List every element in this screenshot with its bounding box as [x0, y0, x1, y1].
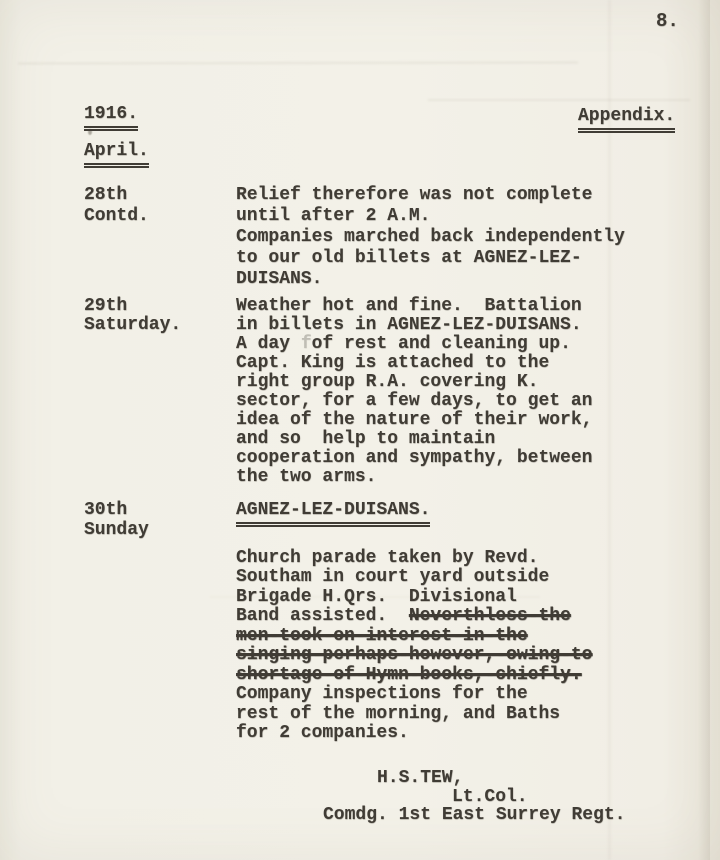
paragraph-gap	[236, 527, 592, 549]
text-segment: DUISANS.	[236, 269, 322, 289]
entry-text-line: singing-perhaps-however,-owing-to	[236, 646, 592, 666]
entry-text-line: Companies marched back independently	[236, 227, 625, 248]
text-segment: Relief therefore was not complete	[236, 185, 592, 205]
appendix-heading-text: Appendix.	[578, 107, 675, 133]
text-segment: until after 2 A.M.	[236, 206, 430, 226]
year-heading: 1916.	[84, 104, 138, 131]
entry-text-line: until after 2 A.M.	[236, 206, 625, 227]
entry-date-line: 28th	[84, 185, 236, 206]
entry-date-column: 30thSunday	[84, 501, 236, 540]
entry-text-line: right group R.A. covering K.	[236, 373, 592, 392]
entry-text-line: the two arms.	[236, 468, 592, 487]
text-segment: right group R.A. covering K.	[236, 372, 538, 392]
text-segment: Company inspections for the	[236, 684, 528, 704]
ghost-typo-character: f	[301, 334, 312, 354]
signature-title: Comdg. 1st East Surrey Regt.	[323, 805, 625, 825]
text-segment: Capt. King is attached to the	[236, 353, 549, 373]
entry-text-line: Relief therefore was not complete	[236, 185, 625, 206]
entry-text-line: Southam in court yard outside	[236, 568, 592, 588]
text-segment: sector, for a few days, to get an	[236, 391, 592, 411]
entry-date-column: 29thSaturday.	[84, 297, 236, 335]
struck-through-text: men-took-on-interest-in-the	[236, 626, 528, 646]
entry-date-line: 29th	[84, 297, 236, 316]
signature-rank: Lt.Col.	[452, 787, 528, 807]
entry-text-line: to our old billets at AGNEZ-LEZ-	[236, 248, 625, 269]
text-segment: Weather hot and fine. Battalion	[236, 296, 582, 316]
entry-text-line: Weather hot and fine. Battalion	[236, 297, 592, 316]
text-segment: and so help to maintain	[236, 429, 495, 449]
year-heading-text: 1916.	[84, 105, 138, 131]
text-segment: cooperation and sympathy, between	[236, 448, 592, 468]
entry-body-column: Relief therefore was not completeuntil a…	[236, 185, 625, 290]
entry-text-line: men-took-on-interest-in-the	[236, 627, 592, 647]
month-heading: April.	[84, 141, 149, 168]
scan-streak	[18, 62, 578, 65]
paper-edge-shadow	[698, 0, 710, 860]
entry-text-line: cooperation and sympathy, between	[236, 449, 592, 468]
text-segment: idea of the nature of their work,	[236, 410, 592, 430]
text-segment: Southam in court yard outside	[236, 567, 549, 587]
diary-entry-28th: 28thContd.Relief therefore was not compl…	[84, 185, 625, 290]
entry-text-line: Brigade H.Qrs. Divisional	[236, 588, 592, 608]
entry-body-column: Weather hot and fine. Battalionin billet…	[236, 297, 592, 487]
entry-date-line: Saturday.	[84, 316, 236, 335]
entry-date-line: Contd.	[84, 206, 236, 227]
appendix-heading: Appendix.	[578, 106, 675, 133]
entry-text-line: for 2 companies.	[236, 724, 592, 744]
entry-place-heading: AGNEZ-LEZ-DUISANS.	[236, 501, 430, 527]
entry-date-line: 30th	[84, 501, 236, 521]
text-segment: for 2 companies.	[236, 723, 409, 743]
struck-through-text: Neverthless-the	[409, 606, 571, 626]
entry-text-line: DUISANS.	[236, 269, 625, 290]
text-segment: rest of the morning, and Baths	[236, 704, 560, 724]
text-segment: the two arms.	[236, 467, 376, 487]
entry-text-line: shortage-of-Hymn-books,-chiefly.	[236, 666, 592, 686]
text-segment: Brigade H.Qrs. Divisional	[236, 587, 517, 607]
entry-text-line: and so help to maintain	[236, 430, 592, 449]
entry-text-line: rest of the morning, and Baths	[236, 705, 592, 725]
month-heading-text: April.	[84, 142, 149, 168]
diary-entry-29th: 29thSaturday.Weather hot and fine. Batta…	[84, 297, 592, 487]
diary-entry-30th: 30thSundayAGNEZ-LEZ-DUISANS.Church parad…	[84, 501, 592, 744]
text-segment: in billets in AGNEZ-LEZ-DUISANS.	[236, 315, 582, 335]
signature-name: H.S.TEW,	[377, 768, 463, 788]
entry-text-line: Band assisted. Neverthless-the	[236, 607, 592, 627]
entry-text-line: Capt. King is attached to the	[236, 354, 592, 373]
entry-text-line: in billets in AGNEZ-LEZ-DUISANS.	[236, 316, 592, 335]
struck-through-text: shortage-of-Hymn-books,-chiefly.	[236, 665, 582, 685]
struck-through-text: singing-perhaps-however,-owing-to	[236, 645, 592, 665]
entry-date-column: 28thContd.	[84, 185, 236, 227]
text-segment: A day	[236, 334, 301, 354]
entry-text-line: A day fof rest and cleaning up.	[236, 335, 592, 354]
text-segment: Band assisted.	[236, 606, 409, 626]
scan-streak	[428, 99, 690, 101]
text-segment: to our old billets at AGNEZ-LEZ-	[236, 248, 582, 268]
entry-text-line: Company inspections for the	[236, 685, 592, 705]
text-segment: of rest and cleaning up.	[312, 334, 571, 354]
entry-text-line: sector, for a few days, to get an	[236, 392, 592, 411]
page-number: 8.	[656, 10, 679, 32]
text-segment: Church parade taken by Revd.	[236, 548, 538, 568]
entry-text-line: idea of the nature of their work,	[236, 411, 592, 430]
entry-body-column: AGNEZ-LEZ-DUISANS.Church parade taken by…	[236, 501, 592, 744]
text-segment: Companies marched back independently	[236, 227, 625, 247]
entry-date-line: Sunday	[84, 521, 236, 541]
entry-text-line: Church parade taken by Revd.	[236, 549, 592, 569]
diary-page: 8. 1916. Appendix. April. 28thContd.Reli…	[0, 0, 720, 860]
